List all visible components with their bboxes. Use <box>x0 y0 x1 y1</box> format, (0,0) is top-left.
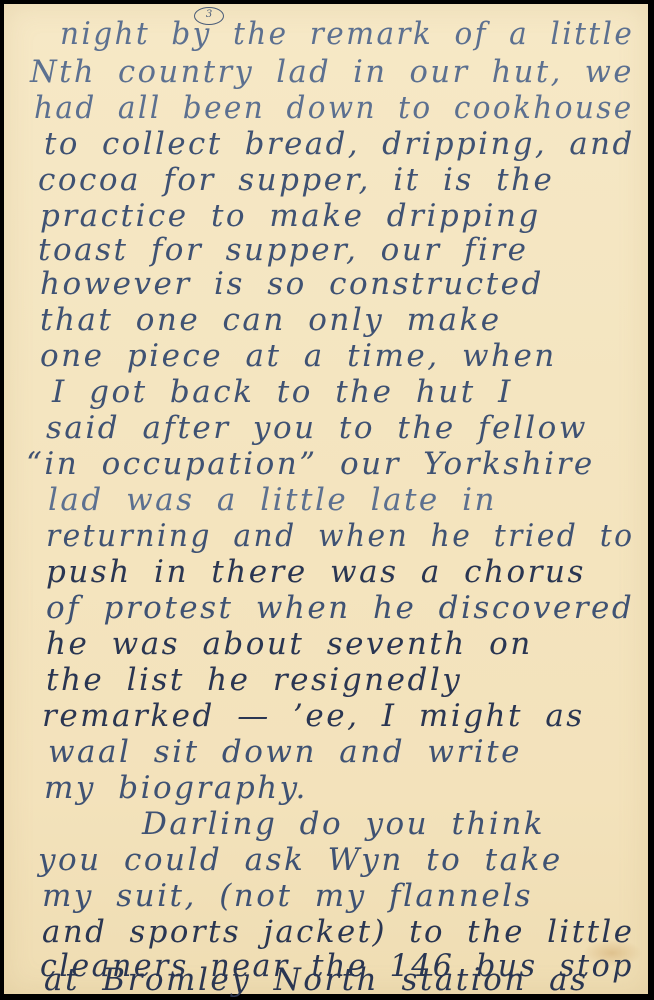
text-line: and sports jacket) to the little <box>42 914 634 950</box>
text-line: Nth country lad in our hut, we <box>30 54 634 90</box>
text-line: push in there was a chorus <box>46 554 586 590</box>
text-line: of protest when he discovered <box>46 590 634 626</box>
text-line: practice to make dripping <box>40 198 541 234</box>
text-line: that one can only make <box>40 302 502 338</box>
text-line: at Bromley North station as <box>44 962 589 998</box>
text-line: my suit, (not my flannels <box>42 878 533 914</box>
text-line: one piece at a time, when <box>40 338 557 374</box>
text-line: had all been down to cookhouse <box>34 90 634 126</box>
text-line: my biography. <box>44 770 308 806</box>
text-line: “in occupation” our Yorkshire <box>26 446 595 482</box>
text-line: the list he resignedly <box>46 662 462 698</box>
text-line: cocoa for supper, it is the <box>38 162 554 198</box>
text-line: lad was a little late in <box>48 482 497 518</box>
text-line: remarked — ’ee, I might as <box>42 698 585 734</box>
text-line: night by the remark of a little <box>60 16 634 52</box>
text-line: you could ask Wyn to take <box>38 842 563 878</box>
text-line: waal sit down and write <box>48 734 522 770</box>
text-line: returning and when he tried to <box>46 518 634 554</box>
text-line: however is so constructed <box>40 266 544 302</box>
text-line: he was about seventh on <box>46 626 533 662</box>
text-line: said after you to the fellow <box>46 410 588 446</box>
text-line: Darling do you think <box>142 806 545 842</box>
text-line: to collect bread, dripping, and <box>44 126 635 162</box>
text-line: toast for supper, our fire <box>38 232 529 268</box>
text-line: I got back to the hut I <box>52 374 513 410</box>
letter-page: 3 night by the remark of a little Nth co… <box>4 4 648 994</box>
